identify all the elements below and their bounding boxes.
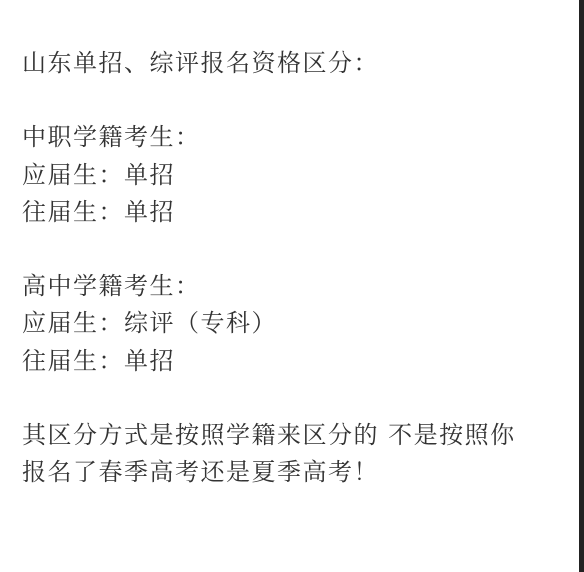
document-page: 山东单招、综评报名资格区分： 中职学籍考生： 应届生：单招 往届生：单招 高中学… <box>0 0 584 572</box>
blank-line <box>22 231 562 268</box>
note-line-2: 报名了春季高考还是夏季高考！ <box>22 454 562 491</box>
note-line-1: 其区分方式是按照学籍来区分的 不是按照你 <box>22 417 562 454</box>
section-heading-vocational: 中职学籍考生： <box>22 119 562 156</box>
blank-line <box>22 380 562 417</box>
section-heading-highschool: 高中学籍考生： <box>22 268 562 305</box>
right-edge-strip <box>579 0 584 572</box>
document-title: 山东单招、综评报名资格区分： <box>22 45 562 82</box>
highschool-previous-line: 往届生：单招 <box>22 343 562 380</box>
document-content: 山东单招、综评报名资格区分： 中职学籍考生： 应届生：单招 往届生：单招 高中学… <box>22 45 562 491</box>
vocational-current-line: 应届生：单招 <box>22 157 562 194</box>
highschool-current-line: 应届生：综评（专科） <box>22 305 562 342</box>
vocational-previous-line: 往届生：单招 <box>22 194 562 231</box>
blank-line <box>22 82 562 119</box>
